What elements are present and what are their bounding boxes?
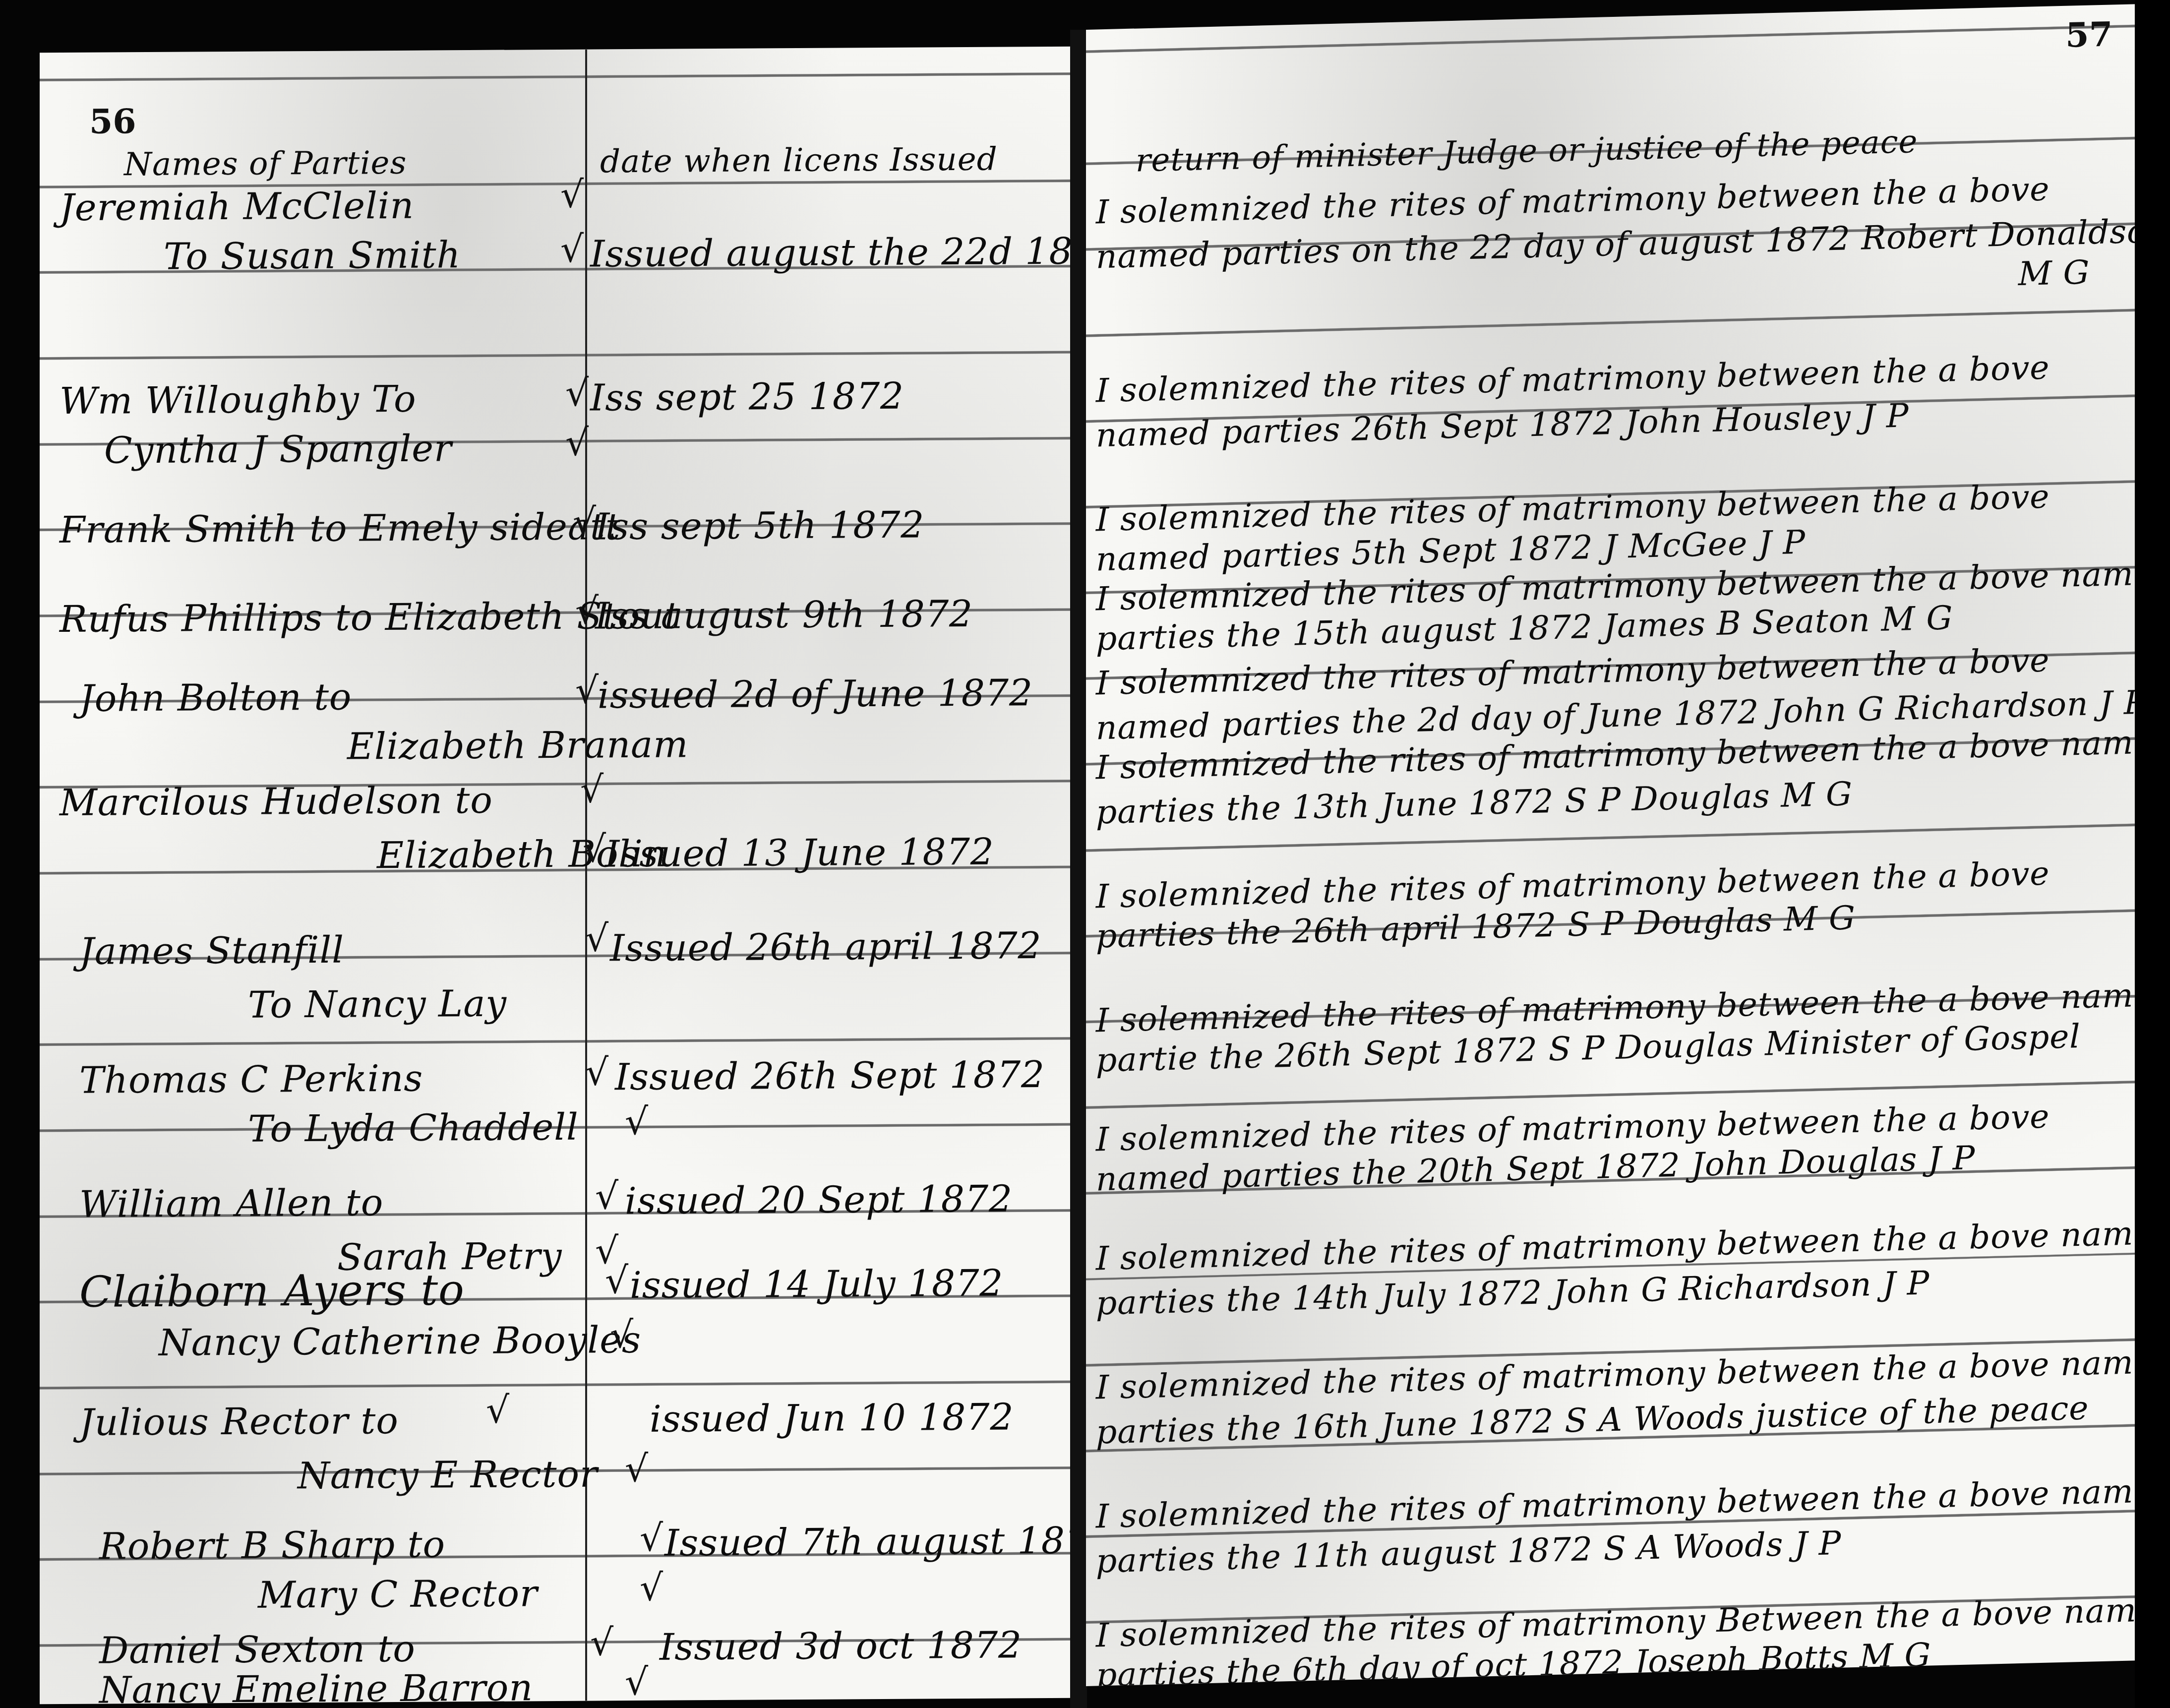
entry-bride: To Lyda Chaddell bbox=[248, 1106, 579, 1151]
entry-bride: Nancy E Rector bbox=[298, 1453, 598, 1497]
check-mark-icon: √ bbox=[583, 828, 606, 870]
entry-bride: Nancy Catherine Booyles bbox=[159, 1319, 641, 1364]
page-number-left: 56 bbox=[89, 102, 136, 142]
check-mark-icon: √ bbox=[573, 500, 596, 543]
check-mark-icon: √ bbox=[625, 1100, 648, 1143]
entry-groom: Jeremiah McClelin bbox=[60, 184, 414, 229]
entry-issued-date: Issued 13 June 1872 bbox=[605, 831, 994, 876]
check-mark-icon: √ bbox=[585, 917, 608, 960]
entry-groom: Julious Rector to bbox=[79, 1400, 399, 1444]
entry-bride: Elizabeth Branam bbox=[347, 723, 688, 768]
check-mark-icon: √ bbox=[585, 1051, 608, 1094]
return-line: I solemnized the rites of matrimony betw… bbox=[1096, 1471, 2137, 1535]
entry-issued-date: Issued 3d oct 1872 bbox=[660, 1624, 1022, 1668]
entry-issued-date: Issued august the 22d 1872 bbox=[590, 230, 1071, 276]
return-line: M G bbox=[2018, 253, 2090, 294]
entry-bride: To Nancy Lay bbox=[248, 982, 507, 1027]
entry-groom: Wm Willoughby To bbox=[60, 378, 417, 423]
check-mark-icon: √ bbox=[560, 174, 584, 216]
entry-issued-date: issued 14 July 1872 bbox=[630, 1262, 1003, 1307]
entry-issued-date: Iss sept 5th 1872 bbox=[595, 503, 924, 548]
page-number-right: 57 bbox=[2065, 14, 2112, 55]
return-list: I solemnized the rites of matrimony betw… bbox=[1086, 4, 2137, 30]
check-mark-icon: √ bbox=[625, 1448, 648, 1490]
entry-groom: Claiborn Ayers to bbox=[79, 1265, 465, 1317]
book-gutter bbox=[1070, 30, 1087, 1708]
entry-issued-date: Iss sept 25 1872 bbox=[590, 375, 904, 420]
check-mark-icon: √ bbox=[560, 228, 584, 271]
header-names-of-parties: Names of Parties bbox=[124, 145, 407, 183]
check-mark-icon: √ bbox=[595, 1175, 618, 1218]
left-page: 56 Names of Parties date when licens Iss… bbox=[40, 47, 1071, 1705]
check-mark-icon: √ bbox=[580, 768, 603, 811]
entry-groom: Thomas C Perkins bbox=[79, 1057, 423, 1102]
header-date-issued: date when licens Issued bbox=[600, 141, 998, 181]
entry-issued-date: Issued 26th april 1872 bbox=[610, 924, 1042, 970]
entry-issued-date: Issued 26th Sept 1872 bbox=[615, 1053, 1045, 1098]
check-mark-icon: √ bbox=[565, 372, 589, 415]
header-return: return of minister Judge or justice of t… bbox=[1136, 123, 1918, 180]
entry-groom: Daniel Sexton to bbox=[99, 1628, 416, 1672]
entry-bride: To Susan Smith bbox=[164, 234, 461, 278]
check-mark-icon: √ bbox=[640, 1567, 663, 1609]
check-mark-icon: √ bbox=[640, 1517, 663, 1560]
entry-issued-date: issued 20 Sept 1872 bbox=[625, 1177, 1013, 1222]
entry-issued-date: issued 2d of June 1872 bbox=[598, 671, 1033, 717]
right-page: 57 return of minister Judge or justice o… bbox=[1086, 4, 2137, 1686]
check-mark-icon: √ bbox=[575, 669, 599, 712]
entry-bride: Cyntha J Spangler bbox=[104, 427, 452, 472]
check-mark-icon: √ bbox=[486, 1389, 509, 1432]
entry-issued-date: issued Jun 10 1872 bbox=[650, 1396, 1014, 1440]
check-mark-icon: √ bbox=[625, 1661, 648, 1704]
check-mark-icon: √ bbox=[565, 422, 589, 464]
check-mark-icon: √ bbox=[590, 1621, 613, 1664]
check-mark-icon: √ bbox=[605, 1259, 628, 1302]
ledger-spread: 56 Names of Parties date when licens Iss… bbox=[0, 0, 2170, 1708]
entry-bride: Mary C Rector bbox=[258, 1572, 538, 1616]
entry-groom: James Stanfill bbox=[79, 929, 344, 973]
entry-groom: Marcilous Hudelson to bbox=[60, 779, 493, 824]
check-mark-icon: √ bbox=[610, 1314, 633, 1356]
return-line: I solemnized the rites of matrimony betw… bbox=[1096, 1213, 2137, 1278]
entry-groom: William Allen to bbox=[79, 1181, 383, 1226]
entry-groom: Robert B Sharp to bbox=[99, 1523, 445, 1568]
entry-bride: Nancy Emeline Barron bbox=[99, 1666, 533, 1704]
entry-issued-date: Iss august 9th 1872 bbox=[595, 593, 973, 638]
entry-groom: John Bolton to bbox=[79, 676, 352, 720]
entry-issued-date: Issued 7th august 1872 bbox=[664, 1519, 1071, 1565]
entry-groom: Frank Smith to Emely sideatt bbox=[60, 505, 621, 551]
scan-border bbox=[2135, 0, 2170, 1708]
